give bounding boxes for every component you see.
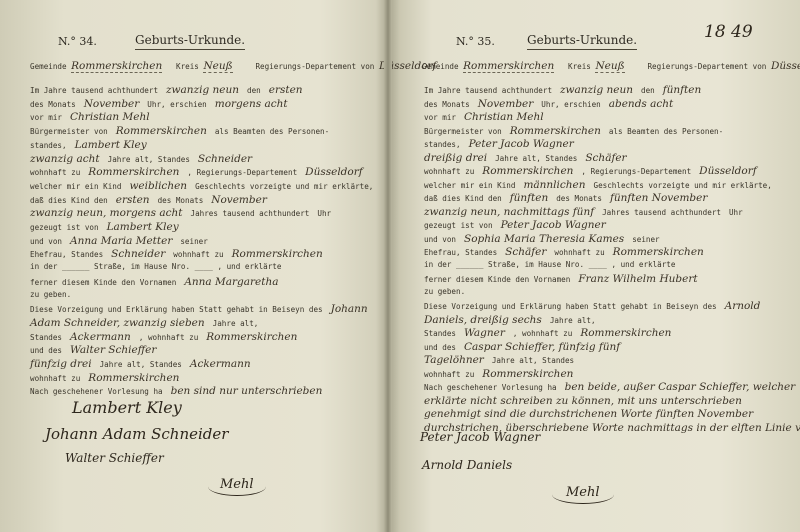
handwritten-entry: Rommerskirchen <box>206 331 297 343</box>
handwritten-entry: zwanzig acht <box>30 153 100 165</box>
certificate-line: und desCaspar Schieffer, fünfzig fünf <box>424 341 628 353</box>
certificate-line: dreißig dreiJahre alt, StandesSchäfer <box>424 152 635 164</box>
kreis-value: Neuß <box>595 60 624 73</box>
printed-text: vor mir <box>30 113 62 122</box>
printed-text: Jahre alt, <box>550 316 596 325</box>
page-title-text: Geburts-Urkunde. <box>527 33 637 47</box>
handwritten-entry: Tagelöhner <box>424 354 484 366</box>
header-row: Gemeinde Rommerskirchen Kreis Neuß Regie… <box>30 60 436 72</box>
handwritten-entry: Schäfer <box>505 246 546 258</box>
printed-text: Diese Vorzeigung und Erklärung haben Sta… <box>30 305 323 314</box>
handwritten-entry: Ackermann <box>70 331 131 343</box>
printed-text: wohnhaft zu <box>424 370 474 379</box>
certificate-line: gezeugt ist vonLambert Kley <box>30 221 187 233</box>
signature: Johann Adam Schneider <box>45 425 228 443</box>
handwritten-entry: Rommerskirchen <box>613 246 704 258</box>
register-spread: N.° 34. Geburts-Urkunde. Gemeinde Rommer… <box>0 0 800 532</box>
certificate-line: Nach geschehener Vorlesung haben sind nu… <box>30 385 330 397</box>
kreis-value: Neuß <box>203 60 232 73</box>
certificate-line: Diese Vorzeigung und Erklärung haben Sta… <box>424 300 768 312</box>
printed-text: Geschlechts vorzeigte und mir erklärte, <box>594 181 772 190</box>
certificate-line: standes,Peter Jacob Wagner <box>424 138 582 150</box>
certificate-line: zwanzig neun, morgens achtJahres tausend… <box>30 207 339 219</box>
handwritten-entry: Christian Mehl <box>70 111 150 123</box>
handwritten-entry: Caspar Schieffer, fünfzig fünf <box>464 341 620 353</box>
handwritten-entry: Rommerskirchen <box>482 368 573 380</box>
printed-text: Jahre alt, <box>213 319 259 328</box>
department-value: Düsseldorf <box>771 60 800 72</box>
certificate-line: genehmigt sind die durchstrichenen Worte… <box>424 408 761 420</box>
record-number: N.° 34. <box>58 35 97 48</box>
printed-text: Jahres tausend achthundert <box>602 208 721 217</box>
certificate-line: gezeugt ist vonPeter Jacob Wagner <box>424 219 614 231</box>
handwritten-entry: Johann <box>331 303 368 315</box>
certificate-line: zwanzig neun, nachmittags fünfJahres tau… <box>424 206 751 218</box>
handwritten-entry: fünften <box>510 192 549 204</box>
certificate-line: und vonAnna Maria Metterseiner <box>30 235 216 247</box>
handwritten-entry: Walter Schieffer <box>70 344 156 356</box>
certificate-line: Nach geschehener Vorlesung haben beide, … <box>424 381 800 393</box>
printed-text: wohnhaft zu <box>554 248 604 257</box>
printed-text: Bürgermeister von <box>424 127 502 136</box>
handwritten-entry: Rommerskirchen <box>482 165 573 177</box>
printed-text: und des <box>30 346 62 355</box>
handwritten-entry: Rommerskirchen <box>510 125 601 137</box>
handwritten-entry: Düsseldorf <box>699 165 756 177</box>
kreis-label: Kreis <box>176 62 199 71</box>
handwritten-entry: Lambert Kley <box>75 139 147 151</box>
printed-text: gezeugt ist von <box>424 221 493 230</box>
right-page: N.° 35. Geburts-Urkunde. 18 49 Gemeinde … <box>392 0 800 532</box>
printed-text: des Monats <box>30 100 76 109</box>
certificate-line: und desWalter Schieffer <box>30 344 164 356</box>
certificate-line: zu geben. <box>30 290 79 299</box>
handwritten-entry: Franz Wilhelm Hubert <box>578 273 697 285</box>
handwritten-entry: Rommerskirchen <box>116 125 207 137</box>
printed-text: des Monats <box>556 194 602 203</box>
signature: Peter Jacob Wagner <box>420 430 540 444</box>
certificate-line: vor mirChristian Mehl <box>424 111 552 123</box>
handwritten-entry: Sophia Maria Theresia Kames <box>464 233 624 245</box>
printed-text: zu geben. <box>30 290 71 299</box>
certificate-line: Adam Schneider, zwanzig siebenJahre alt, <box>30 317 266 329</box>
certificate-line: und vonSophia Maria Theresia Kamesseiner <box>424 233 668 245</box>
handwritten-entry: Anna Maria Metter <box>70 235 172 247</box>
handwritten-entry: fünften November <box>610 192 707 204</box>
printed-text: und von <box>424 235 456 244</box>
printed-text: Nach geschehener Vorlesung ha <box>30 387 163 396</box>
certificate-line: StandesAckermann, wohnhaft zuRommerskirc… <box>30 331 305 343</box>
printed-text: und von <box>30 237 62 246</box>
handwritten-entry: Rommerskirchen <box>88 166 179 178</box>
handwritten-entry: Daniels, dreißig sechs <box>424 314 542 326</box>
printed-text: ferner diesem Kinde den Vornamen <box>30 278 176 287</box>
handwritten-entry: Ackermann <box>190 358 251 370</box>
printed-text: Im Jahre tausend achthundert <box>424 86 552 95</box>
handwritten-entry: männlichen <box>523 179 585 191</box>
handwritten-entry: Rommerskirchen <box>88 372 179 384</box>
handwritten-entry: Arnold <box>725 300 761 312</box>
handwritten-entry: genehmigt sind die durchstrichenen Worte… <box>424 408 753 420</box>
certificate-line: fünfzig dreiJahre alt, StandesAckermann <box>30 358 259 370</box>
handwritten-entry: Lambert Kley <box>107 221 179 233</box>
certificate-line: wohnhaft zuRommerskirchen, Regierungs-De… <box>30 166 371 178</box>
handwritten-entry: morgens acht <box>215 98 288 110</box>
printed-text: zu geben. <box>424 287 465 296</box>
certificate-line: TagelöhnerJahre alt, Standes <box>424 354 582 366</box>
gemeinde-value: Rommerskirchen <box>463 60 554 73</box>
certificate-line: Ehefrau, StandesSchneiderwohnhaft zuRomm… <box>30 248 331 260</box>
certificate-line: StandesWagner, wohnhaft zuRommerskirchen <box>424 327 679 339</box>
book-spine <box>384 0 392 532</box>
left-page: N.° 34. Geburts-Urkunde. Gemeinde Rommer… <box>0 0 388 532</box>
printed-text: wohnhaft zu <box>424 167 474 176</box>
certificate-line: wohnhaft zuRommerskirchen <box>30 372 187 384</box>
handwritten-entry: zwanzig neun <box>560 84 633 96</box>
certificate-line: wohnhaft zuRommerskirchen <box>424 368 581 380</box>
certificate-line: Bürgermeister vonRommerskirchenals Beamt… <box>30 125 337 137</box>
registrar-signature: Mehl <box>552 485 614 504</box>
certificate-line: des MonatsNovemberUhr, erschienmorgens a… <box>30 98 296 110</box>
header-row: Gemeinde Rommerskirchen Kreis Neuß Regie… <box>422 60 800 72</box>
page-title: Geburts-Urkunde. <box>135 33 245 50</box>
certificate-line: Bürgermeister vonRommerskirchenals Beamt… <box>424 125 731 137</box>
handwritten-entry: Peter Jacob Wagner <box>469 138 574 150</box>
record-number-text: N.° 35. <box>456 35 495 48</box>
certificate-line: standes,Lambert Kley <box>30 139 155 151</box>
certificate-line: Ehefrau, StandesSchäferwohnhaft zuRommer… <box>424 246 712 258</box>
handwritten-entry: erklärte nicht schreiben zu können, mit … <box>424 395 742 407</box>
certificate-line: zu geben. <box>424 287 473 296</box>
printed-text: Jahre alt, Standes <box>100 360 182 369</box>
printed-text: Uhr, erschien <box>541 100 600 109</box>
certificate-line: Im Jahre tausend achthundertzwanzig neun… <box>424 84 709 96</box>
printed-text: als Beamten des Personen- <box>215 127 329 136</box>
printed-text: , wohnhaft zu <box>139 333 198 342</box>
printed-text: ferner diesem Kinde den Vornamen <box>424 275 570 284</box>
printed-text: , wohnhaft zu <box>513 329 572 338</box>
handwritten-entry: dreißig drei <box>424 152 487 164</box>
certificate-line: welcher mir ein KindweiblichenGeschlecht… <box>30 180 381 192</box>
signature: Lambert Kley <box>72 398 182 417</box>
certificate-line: ferner diesem Kinde den VornamenAnna Mar… <box>30 276 287 288</box>
certificate-line: Diese Vorzeigung und Erklärung haben Sta… <box>30 303 376 315</box>
printed-text: gezeugt ist von <box>30 223 99 232</box>
department-label: Regierungs-Departement von <box>647 62 766 71</box>
printed-text: seiner <box>180 237 207 246</box>
certificate-line: daß dies Kind denerstendes MonatsNovembe… <box>30 194 275 206</box>
certificate-line: vor mirChristian Mehl <box>30 111 158 123</box>
printed-text: vor mir <box>424 113 456 122</box>
printed-text: , Regierungs-Departement <box>581 167 691 176</box>
printed-text: Ehefrau, Standes <box>30 250 103 259</box>
printed-text: als Beamten des Personen- <box>609 127 723 136</box>
printed-text: standes, <box>424 140 461 149</box>
printed-text: in der ______ Straße, im Hause Nro. ____… <box>30 262 281 271</box>
handwritten-entry: abends acht <box>609 98 674 110</box>
handwritten-entry: ben beide, außer Caspar Schieffer, welch… <box>565 381 796 393</box>
printed-text: Standes <box>30 333 62 342</box>
page-title: Geburts-Urkunde. <box>527 33 637 50</box>
certificate-line: in der ______ Straße, im Hause Nro. ____… <box>424 260 683 269</box>
handwritten-entry: zwanzig neun, morgens acht <box>30 207 183 219</box>
certificate-line: zwanzig achtJahre alt, StandesSchneider <box>30 153 260 165</box>
handwritten-entry: Schneider <box>111 248 165 260</box>
printed-text: des Monats <box>158 196 204 205</box>
printed-text: welcher mir ein Kind <box>30 182 121 191</box>
handwritten-entry: Rommerskirchen <box>580 327 671 339</box>
record-number: N.° 35. <box>456 35 495 48</box>
printed-text: Im Jahre tausend achthundert <box>30 86 158 95</box>
printed-text: und des <box>424 343 456 352</box>
handwritten-entry: ersten <box>269 84 303 96</box>
handwritten-entry: November <box>478 98 534 110</box>
registrar-signature: Mehl <box>208 477 266 496</box>
printed-text: wohnhaft zu <box>173 250 223 259</box>
certificate-line: in der ______ Straße, im Hause Nro. ____… <box>30 262 289 271</box>
printed-text: Jahres tausend achthundert <box>191 209 310 218</box>
certificate-line: wohnhaft zuRommerskirchen, Regierungs-De… <box>424 165 765 177</box>
printed-text: den <box>641 86 655 95</box>
handwritten-entry: Rommerskirchen <box>232 248 323 260</box>
printed-text: standes, <box>30 141 67 150</box>
handwritten-entry: Peter Jacob Wagner <box>501 219 606 231</box>
handwritten-entry: fünften <box>663 84 702 96</box>
printed-text: Jahre alt, Standes <box>492 356 574 365</box>
printed-text: des Monats <box>424 100 470 109</box>
printed-text: Uhr <box>729 208 743 217</box>
certificate-line: des MonatsNovemberUhr, erschienabends ac… <box>424 98 681 110</box>
handwritten-entry: Schäfer <box>585 152 626 164</box>
printed-text: seiner <box>632 235 659 244</box>
printed-text: Ehefrau, Standes <box>424 248 497 257</box>
printed-text: in der ______ Straße, im Hause Nro. ____… <box>424 260 675 269</box>
printed-text: Bürgermeister von <box>30 127 108 136</box>
kreis-label: Kreis <box>568 62 591 71</box>
handwritten-entry: fünfzig drei <box>30 358 92 370</box>
handwritten-entry: ersten <box>116 194 150 206</box>
handwritten-entry: Düsseldorf <box>305 166 362 178</box>
printed-text: den <box>247 86 261 95</box>
certificate-line: daß dies Kind denfünftendes Monatsfünfte… <box>424 192 715 204</box>
printed-text: daß dies Kind den <box>30 196 108 205</box>
handwritten-entry: Anna Margaretha <box>184 276 278 288</box>
record-number-text: N.° 34. <box>58 35 97 48</box>
handwritten-entry: Wagner <box>464 327 505 339</box>
handwritten-entry: Christian Mehl <box>464 111 544 123</box>
printed-text: Standes <box>424 329 456 338</box>
handwritten-entry: weiblichen <box>129 180 187 192</box>
signature: Walter Schieffer <box>65 451 164 465</box>
year-annotation: 18 49 <box>704 22 753 42</box>
printed-text: Diese Vorzeigung und Erklärung haben Sta… <box>424 302 717 311</box>
handwritten-entry: ben sind nur unterschrieben <box>171 385 323 397</box>
department-label: Regierungs-Departement von <box>255 62 374 71</box>
page-title-text: Geburts-Urkunde. <box>135 33 245 47</box>
gemeinde-label: Gemeinde <box>422 62 459 71</box>
printed-text: , Regierungs-Departement <box>187 168 297 177</box>
certificate-line: welcher mir ein KindmännlichenGeschlecht… <box>424 179 780 191</box>
printed-text: Nach geschehener Vorlesung ha <box>424 383 557 392</box>
handwritten-entry: Adam Schneider, zwanzig sieben <box>30 317 205 329</box>
handwritten-entry: Schneider <box>198 153 252 165</box>
signature: Arnold Daniels <box>422 458 512 472</box>
printed-text: Geschlechts vorzeigte und mir erklärte, <box>195 182 373 191</box>
certificate-line: ferner diesem Kinde den VornamenFranz Wi… <box>424 273 706 285</box>
printed-text: Jahre alt, Standes <box>495 154 577 163</box>
handwritten-entry: zwanzig neun <box>166 84 239 96</box>
handwritten-entry: November <box>211 194 267 206</box>
certificate-line: erklärte nicht schreiben zu können, mit … <box>424 395 750 407</box>
printed-text: Jahre alt, Standes <box>108 155 190 164</box>
printed-text: Uhr, erschien <box>147 100 206 109</box>
printed-text: Uhr <box>317 209 331 218</box>
gemeinde-value: Rommerskirchen <box>71 60 162 73</box>
certificate-line: Daniels, dreißig sechsJahre alt, <box>424 314 604 326</box>
handwritten-entry: zwanzig neun, nachmittags fünf <box>424 206 594 218</box>
gemeinde-label: Gemeinde <box>30 62 67 71</box>
printed-text: daß dies Kind den <box>424 194 502 203</box>
certificate-line: Im Jahre tausend achthundertzwanzig neun… <box>30 84 311 96</box>
printed-text: wohnhaft zu <box>30 374 80 383</box>
handwritten-entry: November <box>84 98 140 110</box>
printed-text: welcher mir ein Kind <box>424 181 515 190</box>
printed-text: wohnhaft zu <box>30 168 80 177</box>
